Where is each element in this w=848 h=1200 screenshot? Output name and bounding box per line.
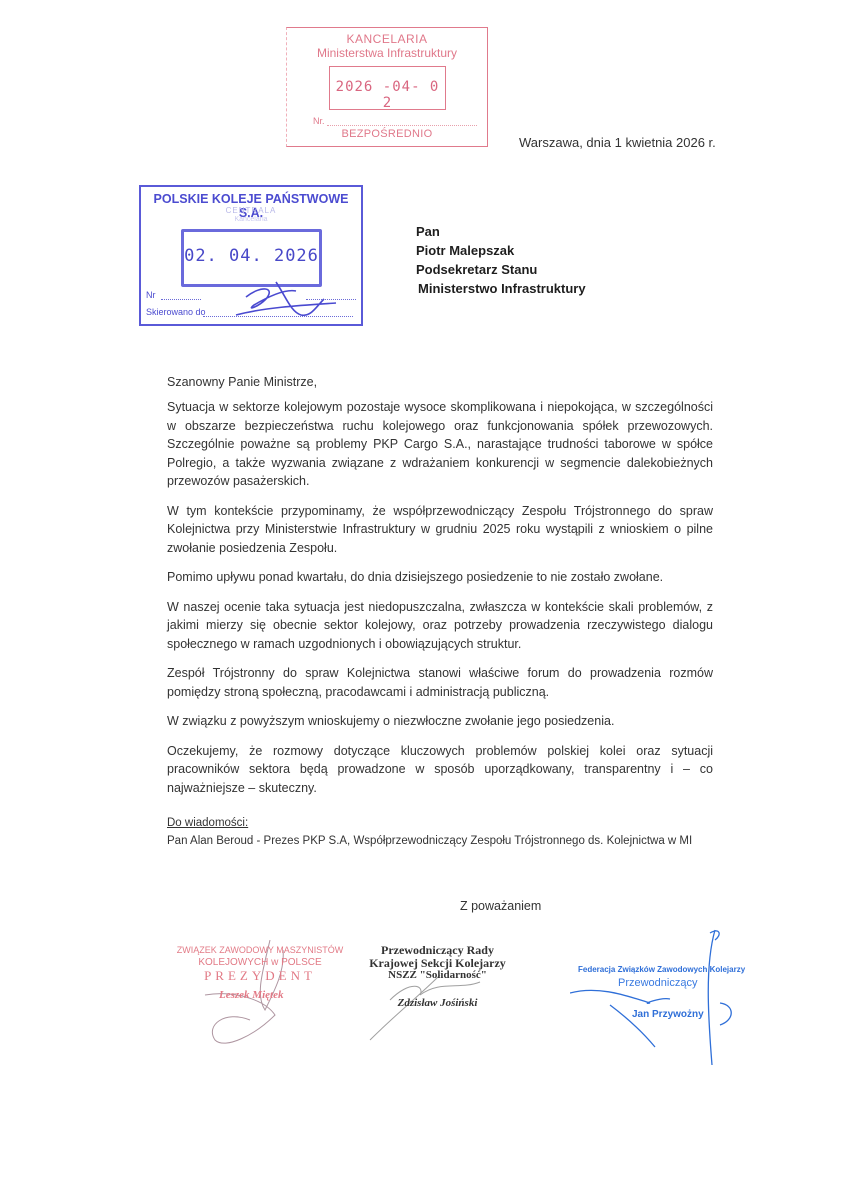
signature-stamp-fzzk: Federacja Związków Zawodowych Kolejarzy …	[570, 925, 755, 1070]
stamp-directed-label: Skierowano do	[146, 307, 206, 317]
stamp-ministry-name: Ministerstwa Infrastruktury	[287, 46, 487, 60]
paragraph: Oczekujemy, że rozmowy dotyczące kluczow…	[167, 742, 713, 798]
addressee-position: Podsekretarz Stanu	[416, 260, 586, 279]
place-and-date: Warszawa, dnia 1 kwietnia 2026 r.	[519, 135, 716, 150]
signature-stamp-solidarnosc: Przewodniczący Rady Krajowej Sekcji Kole…	[350, 940, 525, 1060]
addressee-name: Piotr Malepszak	[416, 241, 586, 260]
stamp-union-name: Federacja Związków Zawodowych Kolejarzy	[578, 965, 745, 974]
signature-scribble-icon	[570, 925, 755, 1070]
salutation: Szanowny Panie Ministrze,	[167, 375, 317, 389]
stamp-union-name-2: KOLEJOWYCH w POLSCE	[175, 957, 345, 968]
stamp-nr-line	[161, 299, 201, 300]
stamp-received-date: 02. 04. 2026	[184, 246, 319, 266]
stamp-delivery-mode: BEZPOŚREDNIO	[287, 128, 487, 140]
addressee-title: Pan	[416, 222, 586, 241]
signatory-name: Leszek Miętek	[219, 989, 283, 1001]
paragraph: Zespół Trójstronny do spraw Kolejnictwa …	[167, 664, 713, 701]
closing: Z poważaniem	[460, 899, 541, 913]
stamp-role: PREZYDENT	[175, 968, 345, 984]
addressee-block: Pan Piotr Malepszak Podsekretarz Stanu M…	[416, 222, 586, 298]
handwritten-initials-icon	[216, 277, 356, 322]
signatory-name: Zdzisław Jośiński	[350, 997, 525, 1009]
paragraph: Pomimo upływu ponad kwartału, do dnia dz…	[167, 568, 713, 587]
stamp-union-name: ZWIĄZEK ZAWODOWY MASZYNISTÓW	[175, 945, 345, 955]
paragraph: Sytuacja w sektorze kolejowym pozostaje …	[167, 398, 713, 491]
ministry-registry-stamp: KANCELARIA Ministerstwa Infrastruktury 2…	[286, 27, 488, 147]
signature-stamp-zzmk: ZWIĄZEK ZAWODOWY MASZYNISTÓW KOLEJOWYCH …	[175, 940, 345, 1060]
paragraph: W naszej ocenie taka sytuacja jest niedo…	[167, 598, 713, 654]
paragraph: W tym kontekście przypominamy, że współp…	[167, 502, 713, 558]
signatory-name: Jan Przywożny	[632, 1009, 704, 1020]
stamp-nr-label: Nr.	[313, 116, 325, 126]
stamp-office-label: KANCELARIA	[287, 32, 487, 46]
stamp-nr-label: Nr	[146, 290, 156, 300]
paragraph: W związku z powyższym wnioskujemy o niez…	[167, 712, 713, 731]
pkp-registry-stamp: POLSKIE KOLEJE PAŃSTWOWE S.A. CENTRALA K…	[139, 185, 363, 326]
stamp-received-date: 2026 -04- 0 2	[330, 79, 445, 111]
cc-block: Do wiadomości: Pan Alan Beroud - Prezes …	[167, 814, 692, 850]
stamp-date-box: 2026 -04- 0 2	[329, 66, 446, 110]
stamp-union-name-2: NSZZ "Solidarność"	[350, 969, 525, 981]
addressee-institution: Ministerstwo Infrastruktury	[416, 279, 586, 298]
cc-recipient: Pan Alan Beroud - Prezes PKP S.A, Współp…	[167, 832, 692, 850]
stamp-sub-label: CENTRALA	[141, 206, 361, 215]
stamp-sub-label-2: Kancelaria	[141, 216, 361, 223]
letter-body: Sytuacja w sektorze kolejowym pozostaje …	[167, 398, 713, 808]
cc-heading: Do wiadomości:	[167, 814, 692, 832]
stamp-role: Przewodniczący	[618, 977, 697, 989]
stamp-nr-line	[327, 125, 477, 126]
